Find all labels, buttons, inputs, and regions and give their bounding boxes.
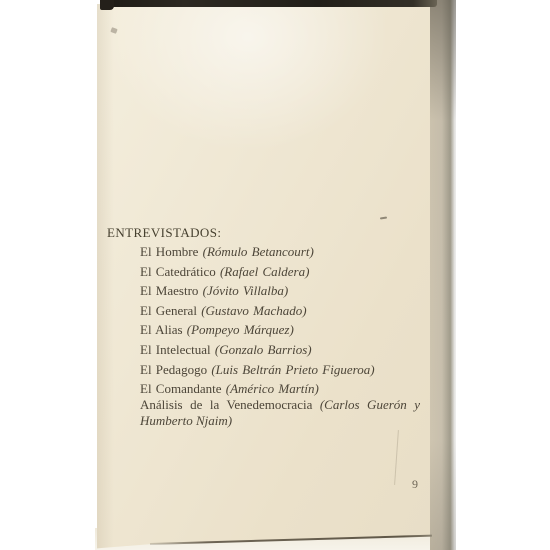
role-text: El Hombre [140, 244, 198, 259]
analisis-line-1: Análisis de la Venedemocracia (Carlos Gu… [140, 397, 420, 413]
page-number: 9 [412, 477, 418, 492]
list-item: El Hombre (Rómulo Betancourt) [140, 242, 422, 262]
person-name: Humberto Njaim) [140, 413, 232, 428]
person-name: (Pompeyo Márquez) [187, 322, 294, 337]
person-name: (Rómulo Betancourt) [203, 244, 314, 259]
role-text: El General [140, 303, 197, 318]
role-text: El Catedrático [140, 264, 216, 279]
list-item: El Maestro (Jóvito Villalba) [140, 281, 422, 301]
right-page-edge-shadow [430, 0, 456, 550]
role-text: Análisis de la Venedemocracia [140, 397, 312, 412]
role-text: El Alias [140, 322, 183, 337]
person-name: (Luis Beltrán Prieto Figueroa) [211, 362, 374, 377]
role-text: El Pedagogo [140, 362, 207, 377]
person-name: (Américo Martín) [226, 381, 319, 396]
list-item: El General (Gustavo Machado) [140, 301, 422, 321]
list-item: El Intelectual (Gonzalo Barrios) [140, 340, 422, 360]
role-text: El Maestro [140, 283, 198, 298]
page-heading: ENTREVISTADOS: [107, 226, 221, 240]
role-text: El Intelectual [140, 342, 211, 357]
person-name: (Rafael Caldera) [220, 264, 309, 279]
person-name: (Gustavo Machado) [201, 303, 306, 318]
list-item: El Catedrático (Rafael Caldera) [140, 262, 422, 282]
list-item: El Alias (Pompeyo Márquez) [140, 320, 422, 340]
top-binding-corner [100, 0, 114, 10]
list-item: El Pedagogo (Luis Beltrán Prieto Figuero… [140, 360, 422, 380]
person-name: (Gonzalo Barrios) [215, 342, 312, 357]
scanned-book-page-screenshot: ENTREVISTADOS: El Hombre (Rómulo Betanco… [0, 0, 550, 550]
role-text: El Comandante [140, 381, 222, 396]
analisis-line-2: Humberto Njaim) [140, 413, 422, 428]
list-item-two-lines: Análisis de la Venedemocracia (Carlos Gu… [140, 397, 422, 428]
person-name: (Jóvito Villalba) [203, 283, 289, 298]
person-name: (Carlos Guerón y [320, 397, 420, 412]
top-binding-edge [100, 0, 437, 7]
interviewee-list: El Hombre (Rómulo Betancourt) El Catedrá… [140, 242, 422, 428]
